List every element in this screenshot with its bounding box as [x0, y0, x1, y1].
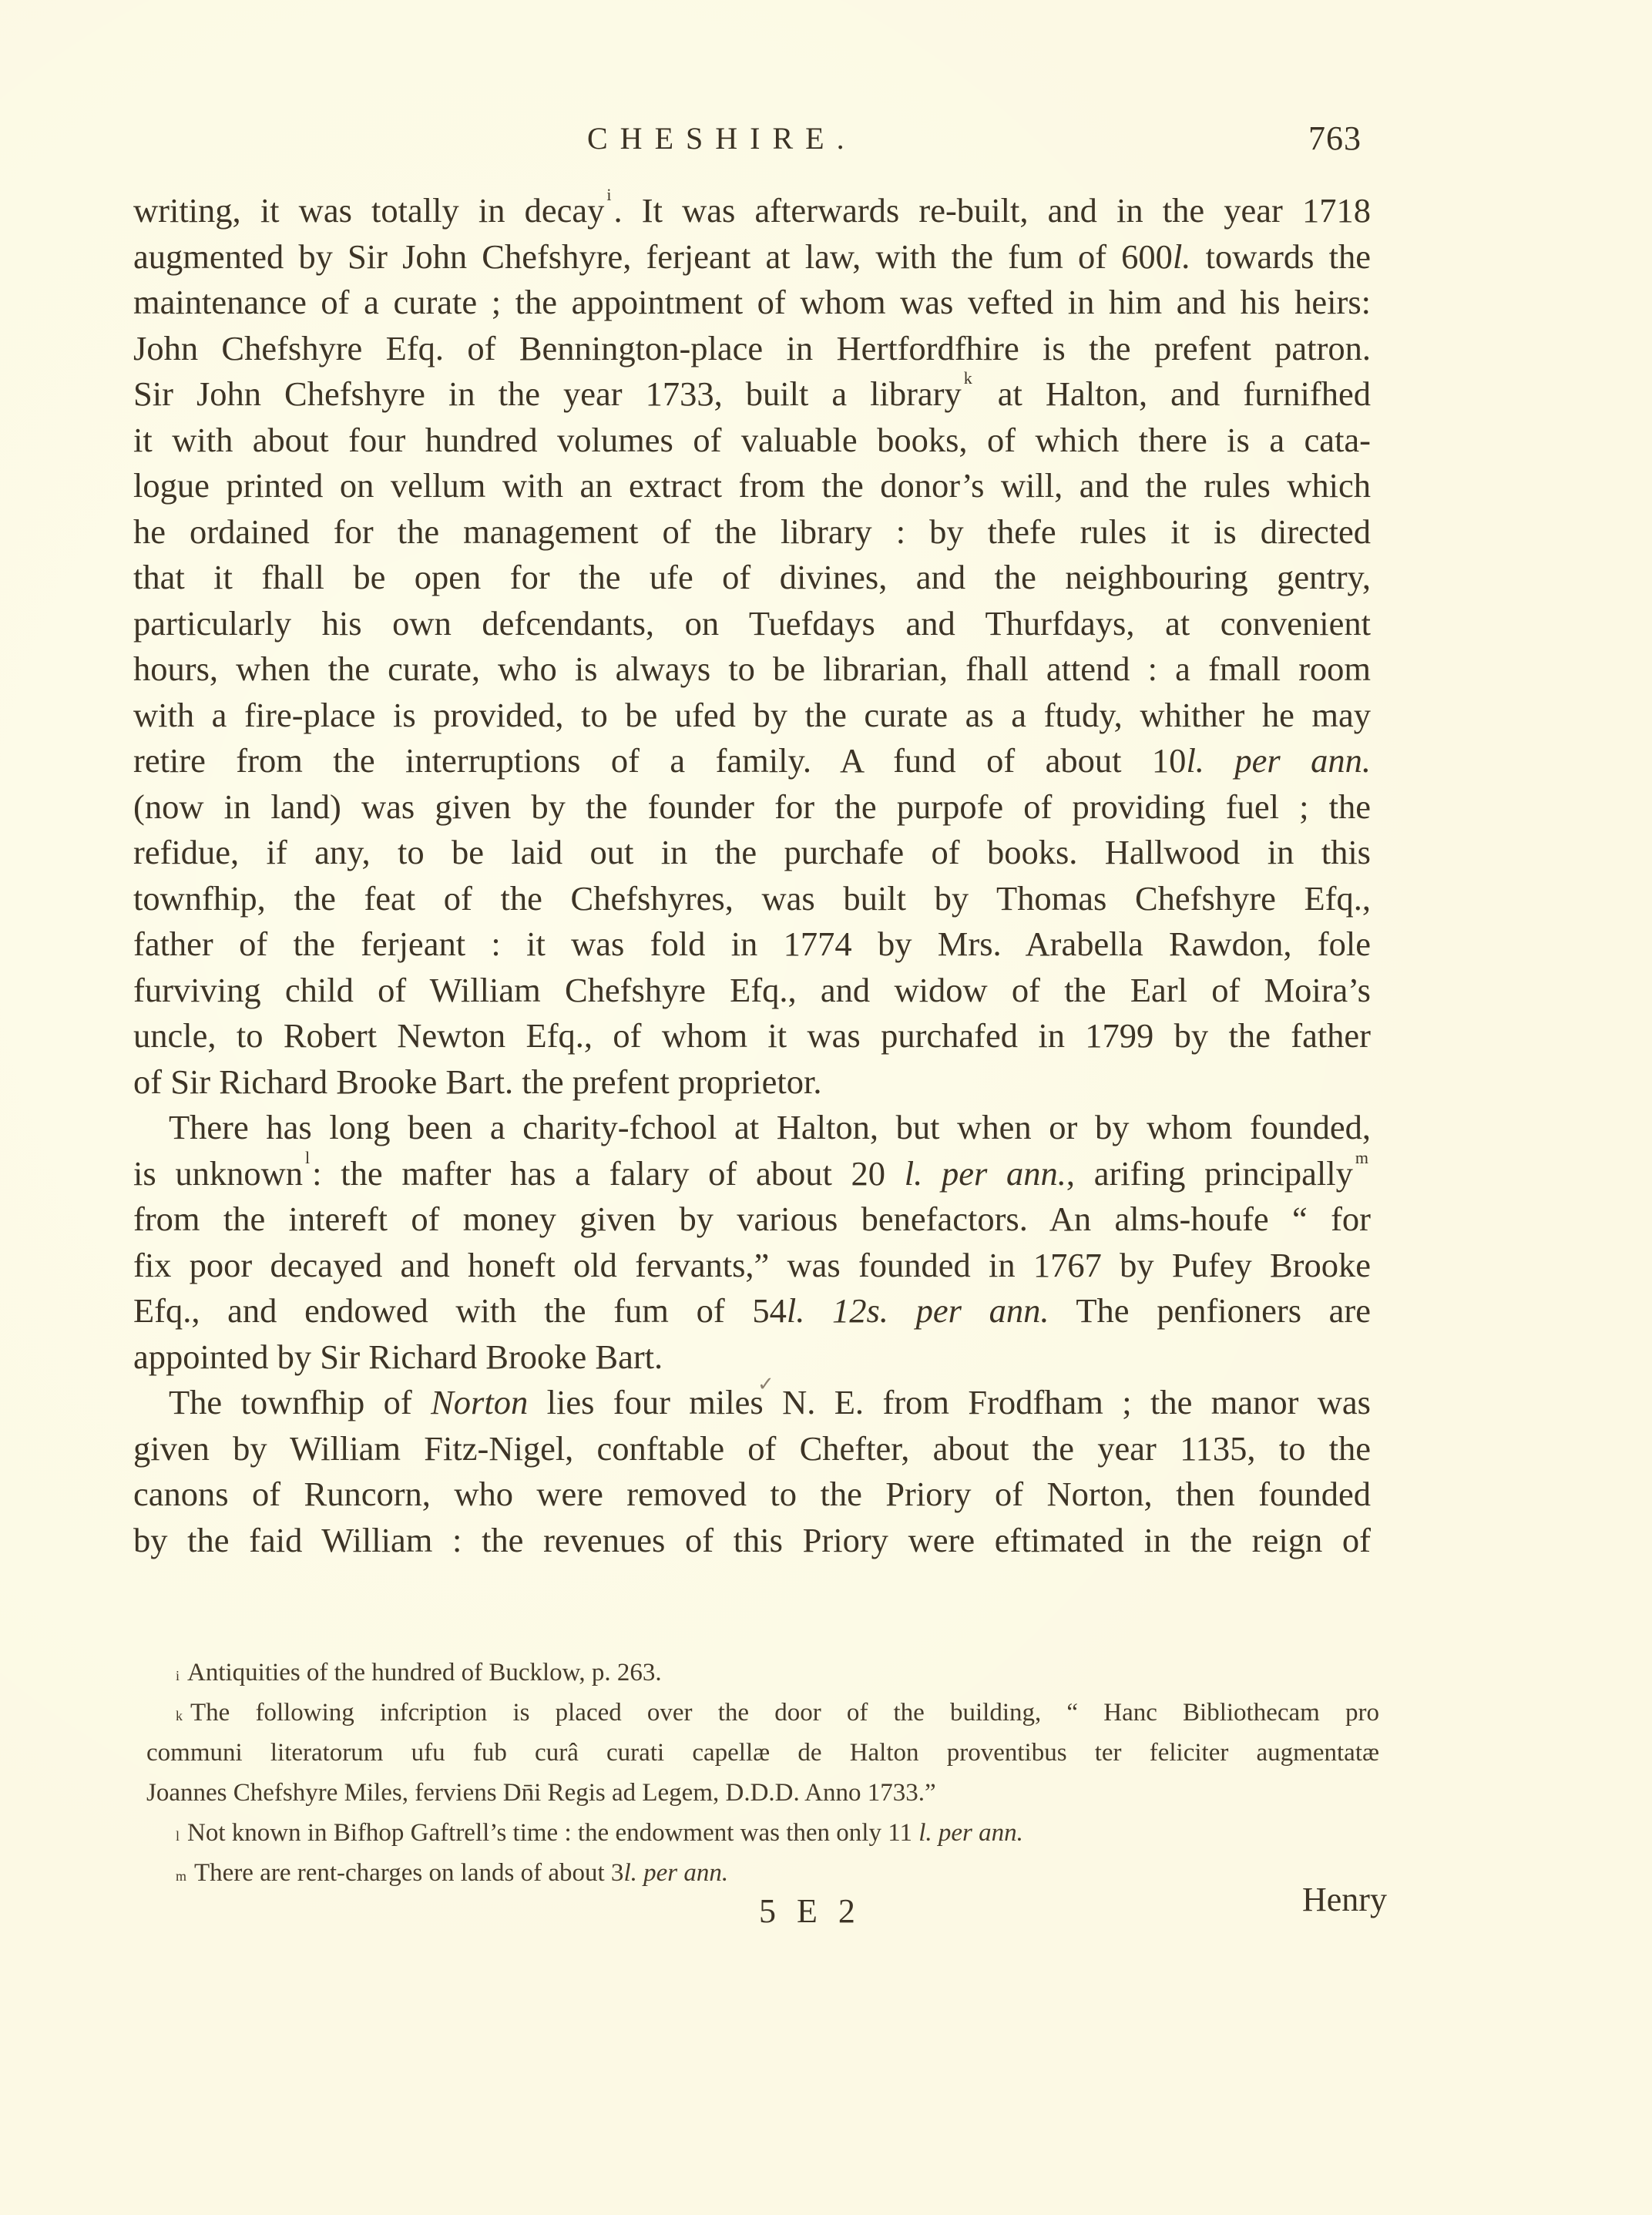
body-line: John Chefshyre Efq. of Bennington-place … [133, 326, 1371, 372]
footnotes: iAntiquities of the hundred of Bucklow, … [146, 1653, 1379, 1893]
catchword: Henry [1302, 1880, 1387, 1919]
footnote-ref-k[interactable]: k [962, 368, 975, 388]
body-line: appointed by Sir Richard Brooke Bart. [133, 1334, 1371, 1381]
body-line: The townfhip of Norton lies four miles N… [133, 1380, 1371, 1426]
body-line: by the faid William : the revenues of th… [133, 1518, 1371, 1564]
body-line: retire from the interruptions of a famil… [133, 738, 1371, 784]
body-line: is unknownl: the mafter has a falary of … [133, 1151, 1371, 1197]
body-line: uncle, to Robert Newton Efq., of whom it… [133, 1013, 1371, 1059]
footnote-k-cont: Joannes Chefshyre Miles, ferviens Dn̄i R… [146, 1773, 1379, 1813]
body-line: it with about four hundred volumes of va… [133, 418, 1371, 464]
page-number: 763 [1308, 119, 1362, 158]
footnote-ref-m[interactable]: m [1353, 1148, 1371, 1167]
signature-mark: 5 E 2 [759, 1891, 861, 1931]
body-line: particularly his own defcendants, on Tue… [133, 601, 1371, 647]
body-line: canons of Runcorn, who were removed to t… [133, 1472, 1371, 1518]
body-line: furviving child of William Chefshyre Efq… [133, 968, 1371, 1014]
body-line: There has long been a charity-fchool at … [133, 1105, 1371, 1151]
body-line: logue printed on vellum with an extract … [133, 463, 1371, 509]
body-line: augmented by Sir John Chefshyre, ferjean… [133, 234, 1371, 280]
footnote-m: mThere are rent-charges on lands of abou… [146, 1853, 1379, 1893]
body-line: with a fire-place is provided, to be ufe… [133, 693, 1371, 739]
body-line: Sir John Chefshyre in the year 1733, bui… [133, 371, 1371, 418]
footnote-ref-i[interactable]: i [604, 185, 613, 204]
body-line: Efq., and endowed with the fum of 54l. 1… [133, 1288, 1371, 1334]
body-line: from the intereft of money given by vari… [133, 1196, 1371, 1243]
footnote-k: kThe following infcription is placed ove… [146, 1693, 1379, 1733]
body-line: hours, when the curate, who is always to… [133, 646, 1371, 693]
body-line: of Sir Richard Brooke Bart. the prefent … [133, 1059, 1371, 1106]
body-line: fix poor decayed and honeft old fervants… [133, 1243, 1371, 1289]
body-line: father of the ferjeant : it was fold in … [133, 921, 1371, 968]
footnote-ref-l[interactable]: l [303, 1148, 312, 1167]
body-line: townfhip, the feat of the Chefshyres, wa… [133, 876, 1371, 922]
check-mark-icon: ✓ [757, 1373, 774, 1396]
body-line: maintenance of a curate ; the appointmen… [133, 280, 1371, 326]
book-page: CHESHIRE. 763 writing, it was totally in… [0, 0, 1652, 2215]
body-text: writing, it was totally in decayi. It wa… [133, 188, 1371, 1563]
running-title: CHESHIRE. [587, 120, 857, 156]
footnote-i: iAntiquities of the hundred of Bucklow, … [146, 1653, 1379, 1693]
body-line: refidue, if any, to be laid out in the p… [133, 830, 1371, 876]
body-line: (now in land) was given by the founder f… [133, 784, 1371, 831]
footnote-l: lNot known in Bifhop Gaftrell’s time : t… [146, 1813, 1379, 1853]
body-line: that it fhall be open for the ufe of div… [133, 555, 1371, 601]
body-line: given by William Fitz-Nigel, conftable o… [133, 1426, 1371, 1472]
place-name-norton: Norton [431, 1383, 528, 1421]
body-line: writing, it was totally in decayi. It wa… [133, 188, 1371, 234]
body-line: he ordained for the management of the li… [133, 509, 1371, 555]
running-head: CHESHIRE. 763 [0, 116, 1652, 162]
footnote-k-cont: communi literatorum ufu fub curâ curati … [146, 1733, 1379, 1773]
